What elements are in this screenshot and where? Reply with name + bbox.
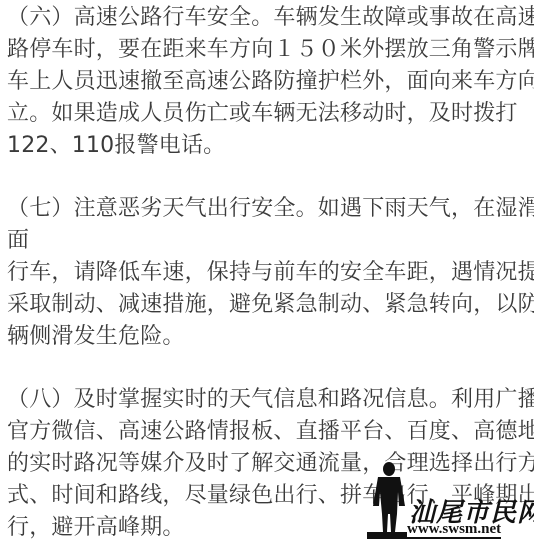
person-silhouette-icon — [365, 462, 409, 539]
text-line: 采取制动、减速措施，避免紧急制动、紧急转向，以防车 — [7, 290, 534, 320]
text-line: 122、110报警电话。 — [7, 131, 225, 161]
text-line: （六）高速公路行车安全。车辆发生故障或事故在高速公 — [7, 3, 534, 33]
text-line: 行，避开高峰期。 — [7, 513, 185, 539]
text-line: 立。如果造成人员伤亡或车辆无法移动时，及时拨打 — [7, 99, 518, 129]
watermark-url: www.swsm.net — [407, 522, 501, 539]
text-line: 辆侧滑发生危险。 — [7, 322, 185, 352]
watermark: 汕尾市民网 www.swsm.net — [365, 462, 534, 539]
text-line: 车上人员迅速撤至高速公路防撞护栏外，面向来车方向站 — [7, 67, 534, 97]
text-line: 官方微信、高速公路情报板、直播平台、百度、高德地图 — [7, 417, 534, 447]
text-line: （八）及时掌握实时的天气信息和路况信息。利用广播、 — [7, 385, 534, 415]
text-line: 面 — [7, 226, 29, 256]
text-line: （七）注意恶劣天气出行安全。如遇下雨天气，在湿滑路 — [7, 194, 534, 224]
text-line: 路停车时，要在距来车方向１５０米外摆放三角警示牌， — [7, 35, 534, 65]
text-line: 行车，请降低车速，保持与前车的安全车距，遇情况提前 — [7, 258, 534, 288]
